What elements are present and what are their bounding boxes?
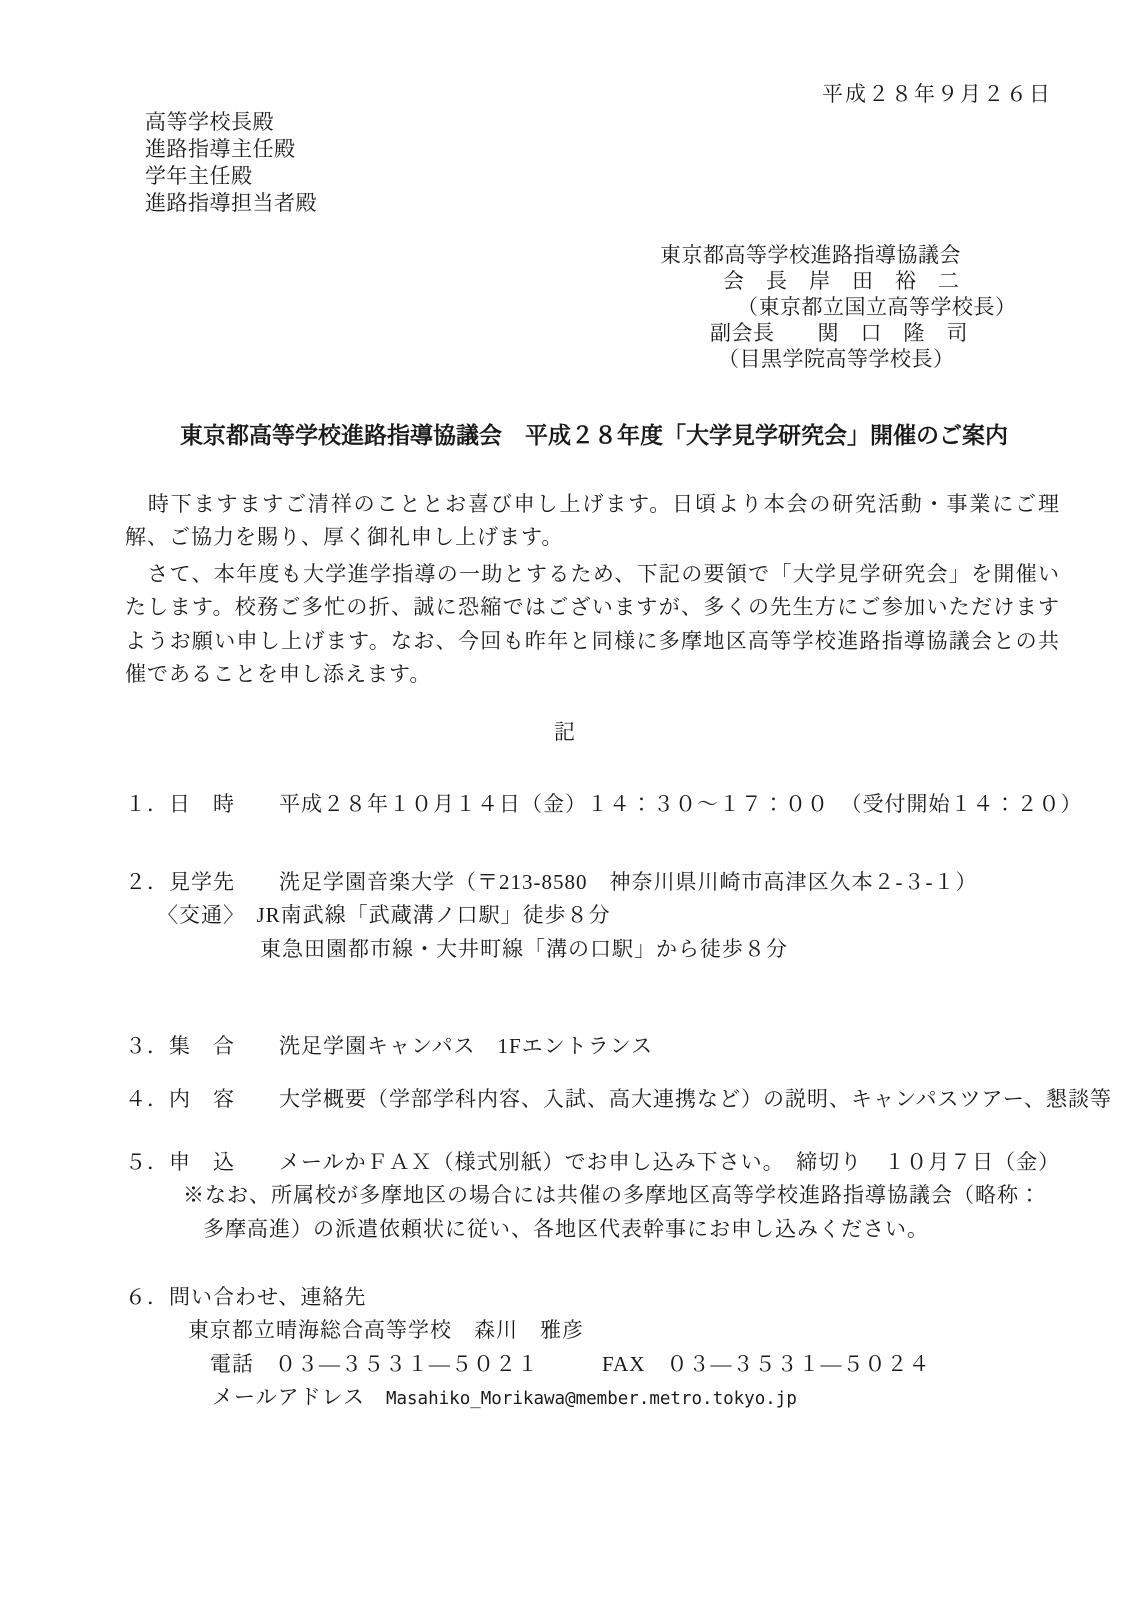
page-title: 東京都高等学校進路指導協議会 平成２８年度「大学見学研究会」開催のご案内 <box>180 419 1008 453</box>
item-1-datetime: １．日 時 平成２８年１０月１４日（金）１４：３０～１７：００ （受付開始１４：… <box>125 788 1083 821</box>
item-6-contact-school: 東京都立晴海総合高等学校 森川 雅彦 <box>125 1314 930 1347</box>
sender-chairman: 会 長 岸 田 裕 二 <box>660 268 1017 294</box>
recipient-line-grade-chief: 学年主任殿 <box>145 163 317 190</box>
greeting-block: 時下ますますご清祥のこととお喜び申し上げます。日頃より本会の研究活動・事業にご理… <box>125 488 1060 691</box>
item-5-application-block: ５．申 込 メールかＦＡＸ（様式別紙）でお申し込み下さい。 締切り １０月７日（… <box>125 1146 1060 1246</box>
record-marker: 記 <box>0 716 1130 749</box>
sender-block: 東京都高等学校進路指導協議会 会 長 岸 田 裕 二 （東京都立国立高等学校長）… <box>660 242 1017 372</box>
phone-label: 電話 <box>210 1352 254 1376</box>
item-2-venue-line: ２．見学先 洗足学園音楽大学（〒213-8580 神奈川県川崎市高津区久本２-３… <box>125 866 977 899</box>
item-2-access-line-1: 〈交通〉 JR南武線「武蔵溝ノ口駅」徒歩８分 <box>125 899 977 932</box>
date-line: 平成２８年９月２６日 <box>822 81 1052 107</box>
greeting-paragraph-2: さて、本年度も大学進学指導の一助とするため、下記の要領で「大学見学研究会」を開催… <box>125 558 1060 692</box>
sender-vice-chairman-affiliation: （目黒学院高等学校長） <box>660 346 1017 372</box>
item-4-contents: ４．内 容 大学概要（学部学科内容、入試、高大連携など）の説明、キャンパスツアー… <box>125 1083 1112 1116</box>
item-3-meeting-point: ３．集 合 洗足学園キャンパス 1Fエントランス <box>125 1030 653 1063</box>
email-address: Masahiko_Morikawa@member.metro.tokyo.jp <box>386 1389 797 1409</box>
item-6-phone-fax-line: 電話０３―３５３１―５０２１FAX０３―３５３１―５０２４ <box>125 1348 930 1381</box>
item-2-venue-block: ２．見学先 洗足学園音楽大学（〒213-8580 神奈川県川崎市高津区久本２-３… <box>125 866 977 966</box>
greeting-paragraph-1: 時下ますますご清祥のこととお喜び申し上げます。日頃より本会の研究活動・事業にご理… <box>125 488 1060 555</box>
item-6-contact-block: ６．問い合わせ、連絡先 東京都立晴海総合高等学校 森川 雅彦 電話０３―３５３１… <box>125 1281 930 1417</box>
sender-chairman-affiliation: （東京都立国立高等学校長） <box>660 294 1017 320</box>
fax-label: FAX <box>602 1352 645 1376</box>
item-5-note-line-1: ※なお、所属校が多摩地区の場合には共催の多摩地区高等学校進路指導協議会（略称： <box>125 1179 1060 1212</box>
sender-vice-chairman: 副会長 関 口 隆 司 <box>660 320 1017 346</box>
item-2-access-line-2: 東急田園都市線・大井町線「溝の口駅」から徒歩８分 <box>125 933 977 966</box>
email-label: メールアドレス <box>212 1385 365 1409</box>
recipient-block: 高等学校長殿 進路指導主任殿 学年主任殿 進路指導担当者殿 <box>145 109 317 217</box>
phone-number: ０３―３５３１―５０２１ <box>275 1352 539 1376</box>
item-5-note-line-2: 多摩高進）の派遣依頼状に従い、各地区代表幹事にお申し込みください。 <box>125 1213 1060 1246</box>
recipient-line-principal: 高等学校長殿 <box>145 109 317 136</box>
document-page: 平成２８年９月２６日 高等学校長殿 進路指導主任殿 学年主任殿 進路指導担当者殿… <box>0 0 1130 1600</box>
item-5-application-line: ５．申 込 メールかＦＡＸ（様式別紙）でお申し込み下さい。 締切り １０月７日（… <box>125 1146 1060 1179</box>
recipient-line-guidance-chief: 進路指導主任殿 <box>145 136 317 163</box>
item-6-email-line: メールアドレスMasahiko_Morikawa@member.metro.to… <box>125 1381 930 1416</box>
recipient-line-guidance-staff: 進路指導担当者殿 <box>145 190 317 217</box>
fax-number: ０３―３５３１―５０２４ <box>666 1352 930 1376</box>
item-6-contact-heading: ６．問い合わせ、連絡先 <box>125 1281 930 1314</box>
sender-organization: 東京都高等学校進路指導協議会 <box>660 242 1017 268</box>
